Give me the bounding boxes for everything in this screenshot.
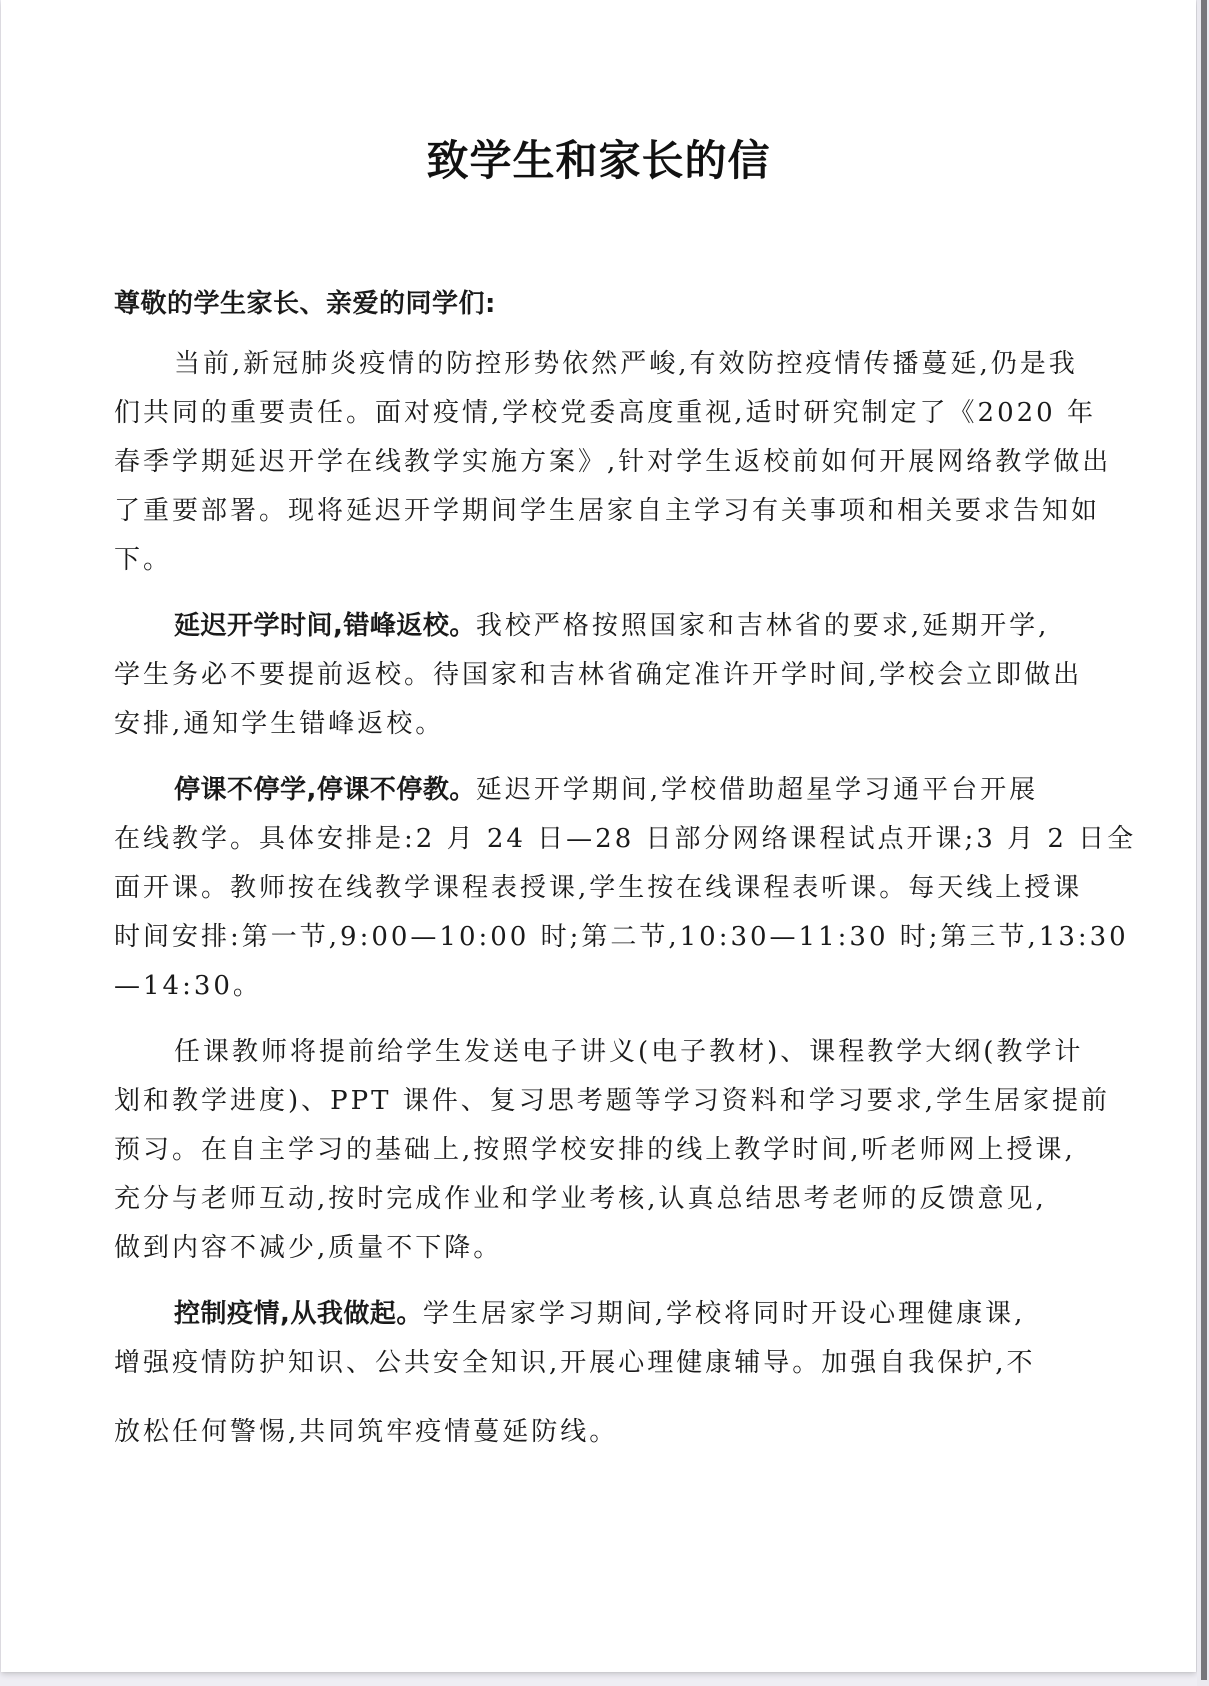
text-line: 们共同的重要责任。面对疫情,学校党委高度重视,适时研究制定了《2020 年 (114, 389, 1144, 438)
text-line: 延迟开学时间,错峰返校。我校严格按照国家和吉林省的要求,延期开学, (114, 602, 1144, 651)
paragraph-intro: 当前,新冠肺炎疫情的防控形势依然严峻,有效防控疫情传播蔓延,仍是我 们共同的重要… (114, 340, 1144, 585)
text-line: 预习。在自主学习的基础上,按照学校安排的线上教学时间,听老师网上授课, (114, 1126, 1144, 1175)
text-line: 下。 (114, 536, 1144, 585)
document-viewer: 致学生和家长的信 尊敬的学生家长、亲爱的同学们: 当前,新冠肺炎疫情的防控形势依… (0, 0, 1209, 1686)
document-page: 致学生和家长的信 尊敬的学生家长、亲爱的同学们: 当前,新冠肺炎疫情的防控形势依… (1, 0, 1196, 1672)
text-line: 划和教学进度)、PPT 课件、复习思考题等学习资料和学习要求,学生居家提前 (114, 1077, 1144, 1126)
text-line: 做到内容不减少,质量不下降。 (114, 1224, 1144, 1273)
text-line: 时间安排:第一节,9:00—10:00 时;第二节,10:30—11:30 时;… (114, 913, 1144, 962)
paragraph-online-teaching: 停课不停学,停课不停教。延迟开学期间,学校借助超星学习通平台开展 在线教学。具体… (114, 766, 1144, 1011)
text-line: 任课教师将提前给学生发送电子讲义(电子教材)、课程教学大纲(教学计 (114, 1028, 1144, 1077)
text-line: 控制疫情,从我做起。学生居家学习期间,学校将同时开设心理健康课, (114, 1290, 1144, 1339)
paragraph-delayed-opening: 延迟开学时间,错峰返校。我校严格按照国家和吉林省的要求,延期开学, 学生务必不要… (114, 602, 1144, 749)
paragraph-lead-heading: 控制疫情,从我做起。 (174, 1299, 423, 1329)
text-line: 春季学期延迟开学在线教学实施方案》,针对学生返校前如何开展网络教学做出 (114, 438, 1144, 487)
paragraph-lead-heading: 延迟开学时间,错峰返校。 (174, 611, 476, 641)
text-line: 当前,新冠肺炎疫情的防控形势依然严峻,有效防控疫情传播蔓延,仍是我 (114, 340, 1144, 389)
text-line: 安排,通知学生错峰返校。 (114, 700, 1144, 749)
paragraph-epidemic-control: 控制疫情,从我做起。学生居家学习期间,学校将同时开设心理健康课, 增强疫情防护知… (114, 1290, 1144, 1457)
paragraph-teacher-materials: 任课教师将提前给学生发送电子讲义(电子教材)、课程教学大纲(教学计 划和教学进度… (114, 1028, 1144, 1273)
text-line: —14:30。 (114, 962, 1144, 1011)
salutation: 尊敬的学生家长、亲爱的同学们: (114, 283, 496, 320)
paragraph-lead-heading: 停课不停学,停课不停教。 (174, 775, 476, 805)
text-run: 学生居家学习期间,学校将同时开设心理健康课, (423, 1299, 1026, 1329)
text-line: 学生务必不要提前返校。待国家和吉林省确定准许开学时间,学校会立即做出 (114, 651, 1144, 700)
text-line: 放松任何警惕,共同筑牢疫情蔓延防线。 (114, 1408, 1144, 1457)
text-line: 了重要部署。现将延迟开学期间学生居家自主学习有关事项和相关要求告知如 (114, 487, 1144, 536)
vertical-scrollbar[interactable] (1197, 0, 1209, 1686)
text-line: 在线教学。具体安排是:2 月 24 日—28 日部分网络课程试点开课;3 月 2… (114, 815, 1144, 864)
text-line: 增强疫情防护知识、公共安全知识,开展心理健康辅导。加强自我保护,不 (114, 1339, 1144, 1388)
page-title: 致学生和家长的信 (1, 128, 1196, 188)
letter-body: 当前,新冠肺炎疫情的防控形势依然严峻,有效防控疫情传播蔓延,仍是我 们共同的重要… (114, 340, 1144, 1474)
text-run: 我校严格按照国家和吉林省的要求,延期开学, (476, 611, 1050, 641)
text-line: 停课不停学,停课不停教。延迟开学期间,学校借助超星学习通平台开展 (114, 766, 1144, 815)
text-run: 延迟开学期间,学校借助超星学习通平台开展 (476, 775, 1038, 805)
text-line: 面开课。教师按在线教学课程表授课,学生按在线课程表听课。每天线上授课 (114, 864, 1144, 913)
text-line: 充分与老师互动,按时完成作业和学业考核,认真总结思考老师的反馈意见, (114, 1175, 1144, 1224)
scrollbar-thumb[interactable] (1201, 0, 1207, 1680)
